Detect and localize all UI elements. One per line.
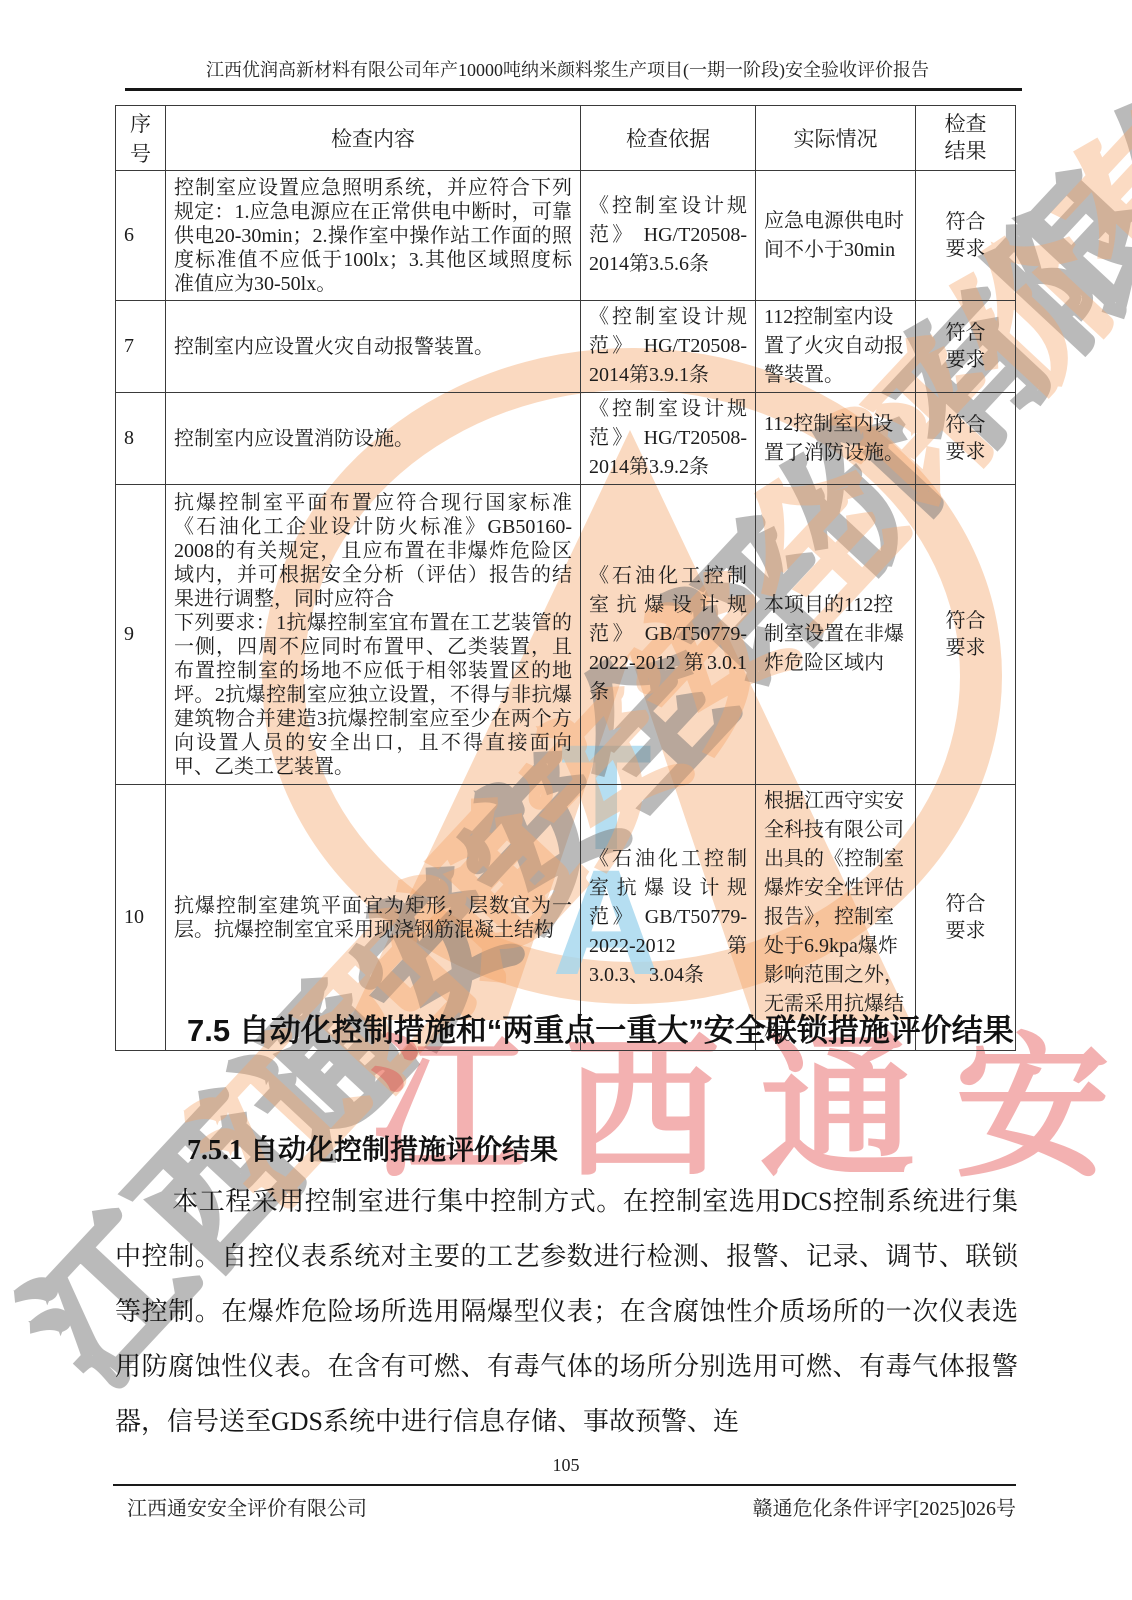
table-row: 6 控制室应设置应急照明系统，并应符合下列规定：1.应急电源应在正常供电中断时，… (116, 171, 1016, 301)
table-row: 9 抗爆控制室平面布置应符合现行国家标准《石油化工企业设计防火标准》GB5016… (116, 485, 1016, 785)
row-actual: 应急电源供电时间不小于30min (756, 171, 916, 301)
table-header-row: 序号 检查内容 检查依据 实际情况 检查结果 (116, 106, 1016, 171)
col-header-basis: 检查依据 (581, 106, 756, 171)
row-result: 符合要求 (916, 393, 1016, 485)
row-actual: 112控制室内设置了火灾自动报警装置。 (756, 301, 916, 393)
row-basis: 《控制室设计规范》 HG/T20508-2014第3.9.2条 (581, 393, 756, 485)
row-content: 抗爆控制室平面布置应符合现行国家标准《石油化工企业设计防火标准》GB50160-… (166, 485, 581, 785)
header-rule (125, 88, 1022, 91)
section-heading-7-5-1: 7.5.1 自动化控制措施评价结果 (115, 1128, 1020, 1168)
footer-company-name: 江西通安安全评价有限公司 (113, 1492, 367, 1521)
row-result: 符合要求 (916, 301, 1016, 393)
row-actual: 本项目的112控制室设置在非爆炸危险区域内 (756, 485, 916, 785)
row-result: 符合要求 (916, 485, 1016, 785)
report-title-header: 江西优润高新材料有限公司年产10000吨纳米颜料浆生产项目(一期一阶段)安全验收… (115, 56, 1020, 82)
row-no: 7 (116, 301, 166, 393)
row-result: 符合要求 (916, 171, 1016, 301)
row-basis: 《控制室设计规范》 HG/T20508-2014第3.9.1条 (581, 301, 756, 393)
page-content: 江西优润高新材料有限公司年产10000吨纳米颜料浆生产项目(一期一阶段)安全验收… (0, 0, 1132, 1600)
body-paragraph: 本工程采用控制室进行集中控制方式。在控制室选用DCS控制系统进行集中控制。自控仪… (115, 1174, 1018, 1449)
row-content: 控制室应设置应急照明系统，并应符合下列规定：1.应急电源应在正常供电中断时，可靠… (166, 171, 581, 301)
row-no: 9 (116, 485, 166, 785)
col-header-actual: 实际情况 (756, 106, 916, 171)
inspection-table: 序号 检查内容 检查依据 实际情况 检查结果 6 控制室应设置应急照明系统，并应… (115, 105, 1016, 1051)
row-basis: 《石油化工控制室抗爆设计规范》 GB/T50779-2022-2012 第3.0… (581, 485, 756, 785)
page-footer: 江西通安安全评价有限公司 赣通危化条件评字[2025]026号 (113, 1492, 1016, 1521)
section-heading-7-5: 7.5 自动化控制措施和“两重点一重大”安全联锁措施评价结果 (115, 998, 1020, 1064)
table-row: 8 控制室内应设置消防设施。 《控制室设计规范》 HG/T20508-2014第… (116, 393, 1016, 485)
document-page: TA 江西通安安全评价有限公司 江西通安安全评价有限公司 江西通安 江西优润高新… (0, 0, 1132, 1600)
row-content: 控制室内应设置火灾自动报警装置。 (166, 301, 581, 393)
col-header-no: 序号 (116, 106, 166, 171)
table-row: 7 控制室内应设置火灾自动报警装置。 《控制室设计规范》 HG/T20508-2… (116, 301, 1016, 393)
page-number: 105 (0, 1455, 1132, 1476)
row-content: 控制室内应设置消防设施。 (166, 393, 581, 485)
row-actual: 112控制室内设置了消防设施。 (756, 393, 916, 485)
footer-doc-number: 赣通危化条件评字[2025]026号 (753, 1492, 1016, 1521)
col-header-content: 检查内容 (166, 106, 581, 171)
row-no: 6 (116, 171, 166, 301)
row-no: 8 (116, 393, 166, 485)
col-header-result: 检查结果 (916, 106, 1016, 171)
footer-rule (113, 1484, 1016, 1486)
row-basis: 《控制室设计规范》 HG/T20508-2014第3.5.6条 (581, 171, 756, 301)
